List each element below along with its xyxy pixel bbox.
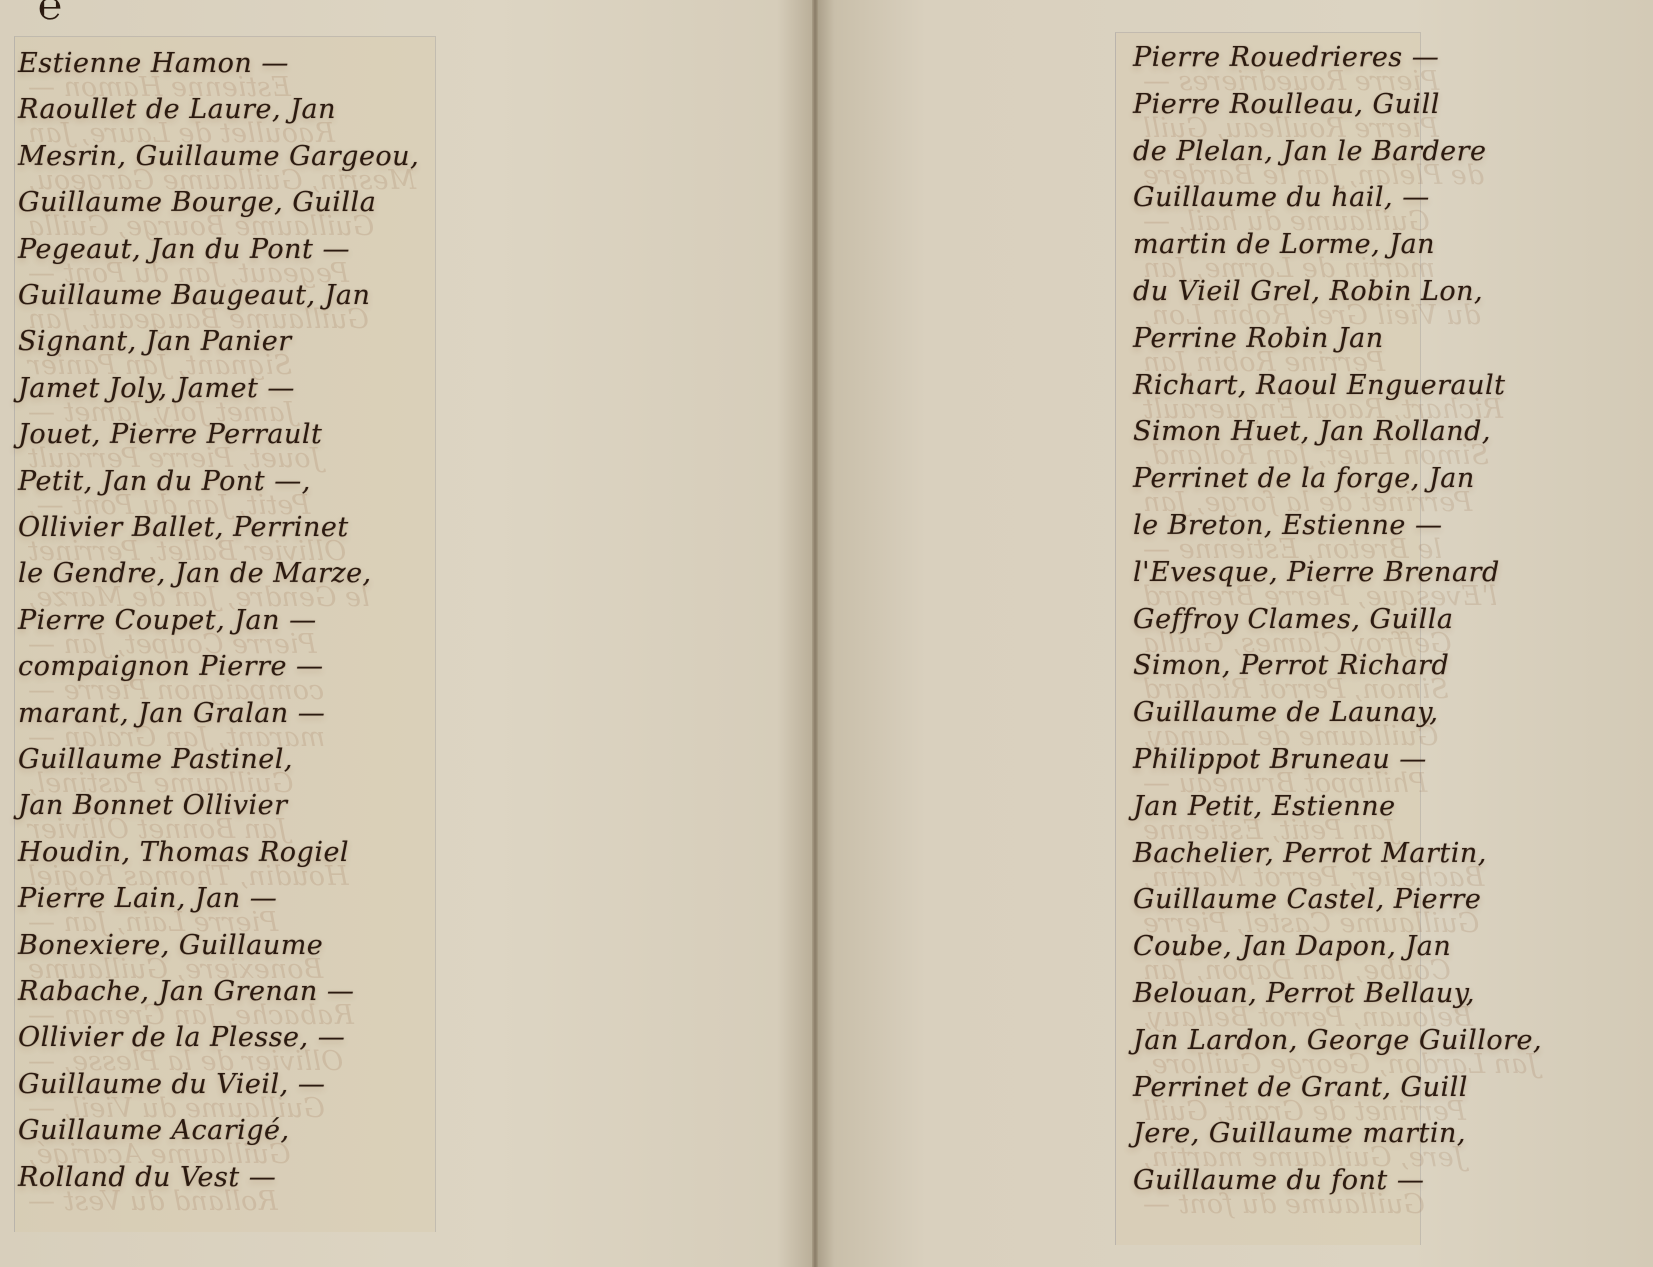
- manuscript-line: Jouet, Pierre Perrault: [18, 419, 322, 450]
- manuscript-line: Simon Huet, Jan Rolland,: [1133, 416, 1491, 447]
- manuscript-line: Pierre Coupet, Jan —: [18, 605, 317, 636]
- manuscript-line: Petit, Jan du Pont —,: [18, 466, 311, 497]
- manuscript-line: le Gendre, Jan de Marze,: [18, 558, 372, 589]
- manuscript-line: Geffroy Clames, Guilla: [1133, 604, 1454, 635]
- manuscript-line: Estienne Hamon —: [18, 48, 289, 79]
- manuscript-line: Rolland du Vest —: [18, 1162, 276, 1193]
- manuscript-line: Simon, Perrot Richard: [1133, 650, 1449, 681]
- manuscript-line: Jan Lardon, George Guillore,: [1133, 1025, 1542, 1056]
- manuscript-line: Raoullet de Laure, Jan: [18, 94, 336, 125]
- manuscript-line: Pierre Lain, Jan —: [18, 883, 277, 914]
- manuscript-line: Bonexiere, Guillaume: [18, 930, 323, 961]
- manuscript-line: de Plelan, Jan le Bardere: [1133, 136, 1487, 167]
- manuscript-spread: ℮ Estienne Hamon —Estienne Hamon —Raoull…: [0, 0, 1653, 1267]
- manuscript-line: Guillaume Bourge, Guilla: [18, 187, 376, 218]
- manuscript-line: Coube, Jan Dapon, Jan: [1133, 931, 1451, 962]
- manuscript-line: Pierre Roulleau, Guill: [1133, 89, 1440, 120]
- manuscript-line: Ollivier Ballet, Perrinet: [18, 512, 349, 543]
- manuscript-line: Pierre Rouedrieres —: [1133, 42, 1439, 73]
- manuscript-line: Rabache, Jan Grenan —: [18, 976, 354, 1007]
- manuscript-line: Jan Bonnet Ollivier: [18, 790, 288, 821]
- manuscript-line: Jere, Guillaume martin,: [1133, 1118, 1466, 1149]
- manuscript-line: Perrinet de Grant, Guill: [1133, 1072, 1468, 1103]
- manuscript-line: Guillaume Pastinel,: [18, 744, 293, 775]
- manuscript-line: Bachelier, Perrot Martin,: [1133, 838, 1487, 869]
- manuscript-line: Guillaume du hail, —: [1133, 182, 1430, 213]
- manuscript-line: Guillaume de Launay,: [1133, 697, 1439, 728]
- manuscript-line: Belouan, Perrot Bellauy,: [1133, 978, 1475, 1009]
- manuscript-line: Richart, Raoul Enguerault: [1133, 370, 1506, 401]
- manuscript-line: compaignon Pierre —: [18, 651, 324, 682]
- manuscript-line: Perrinet de la forge, Jan: [1133, 463, 1475, 494]
- manuscript-line: Guillaume Acarigé,: [18, 1115, 290, 1146]
- manuscript-line: le Breton, Estienne —: [1133, 510, 1442, 541]
- manuscript-line: Philippot Bruneau —: [1133, 744, 1427, 775]
- manuscript-line: Signant, Jan Panier: [18, 326, 292, 357]
- manuscript-line: Perrine Robin Jan: [1133, 323, 1384, 354]
- right-page: Pierre Rouedrieres —Pierre Rouedrieres —…: [815, 0, 1653, 1267]
- manuscript-line: Mesrin, Guillaume Gargeou,: [18, 141, 419, 172]
- manuscript-line: Guillaume Castel, Pierre: [1133, 884, 1481, 915]
- manuscript-line: Houdin, Thomas Rogiel: [18, 837, 349, 868]
- initial-flourish-icon: ℮: [38, 0, 62, 26]
- manuscript-line: Guillaume Baugeaut, Jan: [18, 280, 370, 311]
- manuscript-line: Jamet Joly, Jamet —: [18, 373, 295, 404]
- manuscript-line: Guillaume du Vieil, —: [18, 1069, 325, 1100]
- manuscript-line: Pegeaut, Jan du Pont —: [18, 234, 350, 265]
- manuscript-line: Jan Petit, Estienne: [1133, 791, 1396, 822]
- manuscript-line: Ollivier de la Plesse, —: [18, 1022, 345, 1053]
- left-page: ℮ Estienne Hamon —Estienne Hamon —Raoull…: [0, 0, 815, 1267]
- manuscript-line: martin de Lorme, Jan: [1133, 229, 1435, 260]
- manuscript-line: l'Evesque, Pierre Brenard: [1133, 557, 1500, 588]
- manuscript-line: du Vieil Grel, Robin Lon,: [1133, 276, 1483, 307]
- manuscript-line: Guillaume du font —: [1133, 1165, 1424, 1196]
- manuscript-line: marant, Jan Gralan —: [18, 698, 325, 729]
